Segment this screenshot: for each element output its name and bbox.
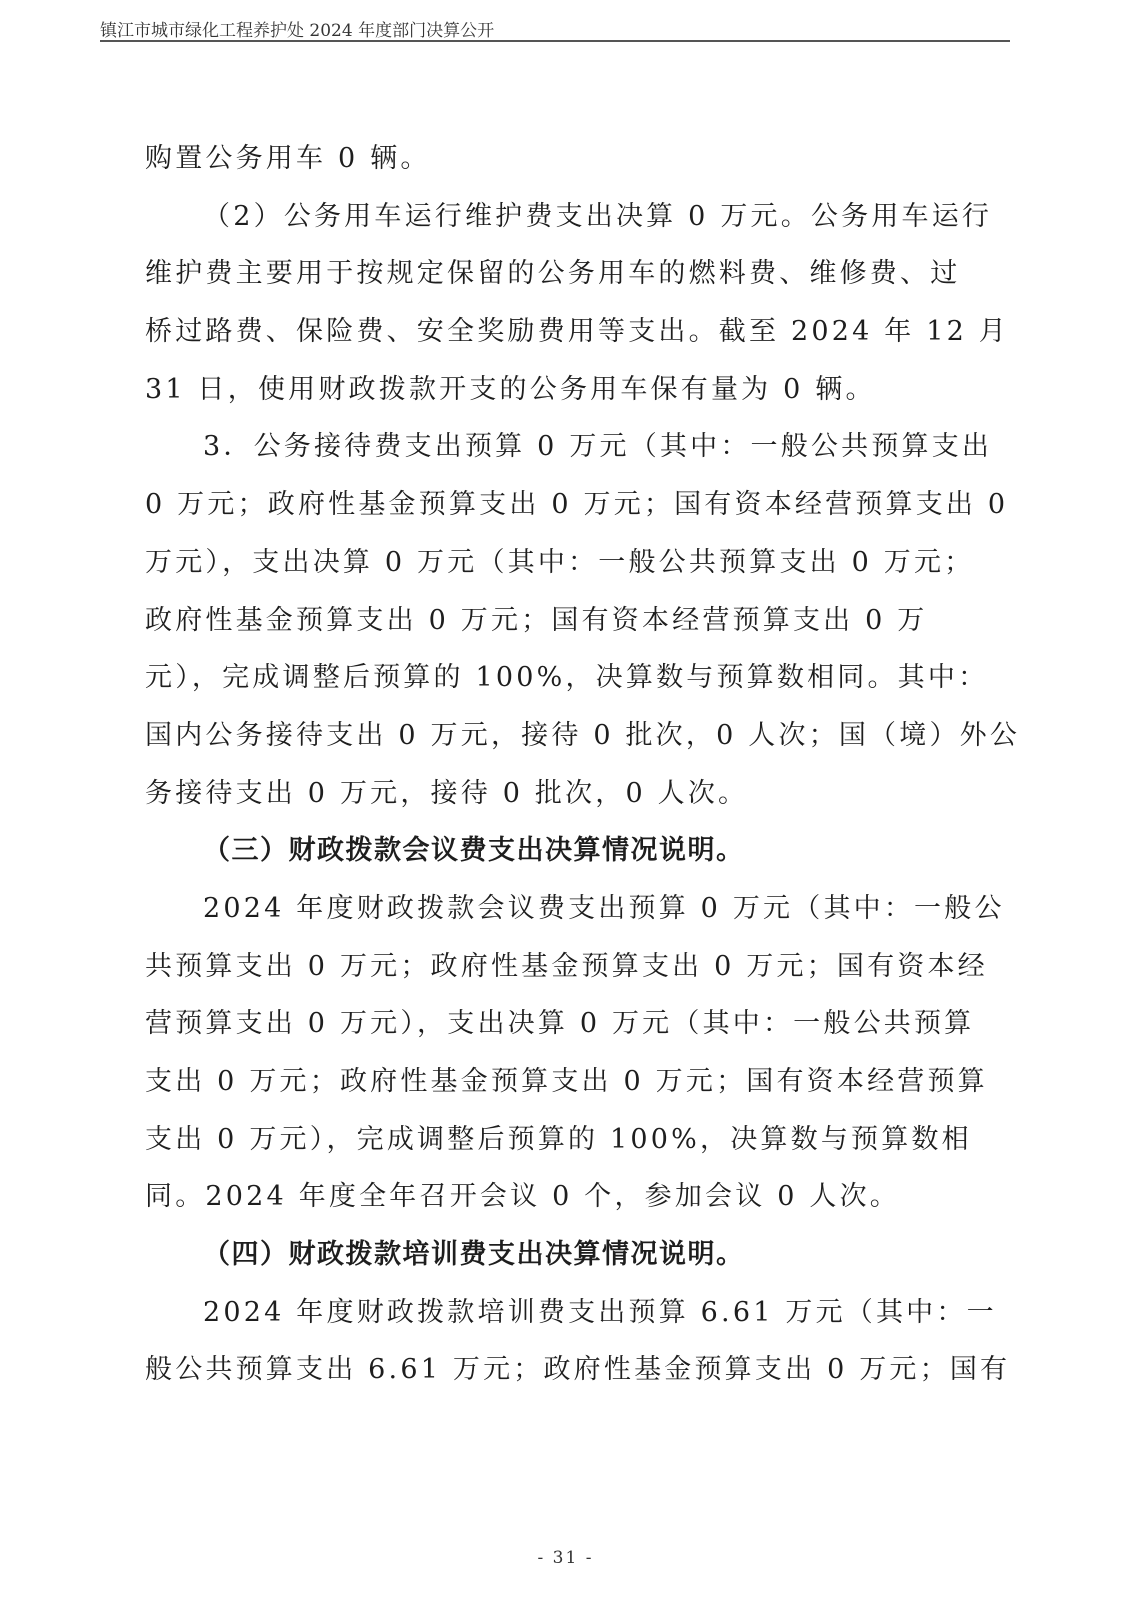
paragraph-line: 务接待支出 0 万元，接待 0 批次，0 人次。 [145, 765, 975, 823]
section-heading-training-fees: （四）财政拨款培训费支出决算情况说明。 [145, 1226, 975, 1284]
paragraph-line: 桥过路费、保险费、安全奖励费用等支出。截至 2024 年 12 月 [145, 303, 975, 361]
paragraph-line: 国内公务接待支出 0 万元，接待 0 批次，0 人次；国（境）外公 [145, 707, 975, 765]
section-heading-meeting-fees: （三）财政拨款会议费支出决算情况说明。 [145, 822, 975, 880]
paragraph-line: 元），完成调整后预算的 100%，决算数与预算数相同。其中： [145, 649, 975, 707]
paragraph-line: 购置公务用车 0 辆。 [145, 130, 975, 188]
paragraph-line: 同。2024 年度全年召开会议 0 个，参加会议 0 人次。 [145, 1168, 975, 1226]
paragraph-line: 万元），支出决算 0 万元（其中：一般公共预算支出 0 万元； [145, 534, 975, 592]
page-header: 镇江市城市绿化工程养护处 2024 年度部门决算公开 [100, 12, 1010, 42]
paragraph-line: 3．公务接待费支出预算 0 万元（其中：一般公共预算支出 [145, 418, 975, 476]
paragraph-line: 支出 0 万元），完成调整后预算的 100%，决算数与预算数相 [145, 1111, 975, 1169]
paragraph-line: 共预算支出 0 万元；政府性基金预算支出 0 万元；国有资本经 [145, 938, 975, 996]
paragraph-line: 支出 0 万元；政府性基金预算支出 0 万元；国有资本经营预算 [145, 1053, 975, 1111]
document-title: 镇江市城市绿化工程养护处 2024 年度部门决算公开 [100, 16, 494, 41]
paragraph-line: 2024 年度财政拨款会议费支出预算 0 万元（其中：一般公 [145, 880, 975, 938]
paragraph-line: 营预算支出 0 万元），支出决算 0 万元（其中：一般公共预算 [145, 995, 975, 1053]
page-number: - 31 - [0, 1548, 1131, 1568]
document-body: 购置公务用车 0 辆。 （2）公务用车运行维护费支出决算 0 万元。公务用车运行… [145, 130, 975, 1399]
paragraph-line: 2024 年度财政拨款培训费支出预算 6.61 万元（其中：一 [145, 1284, 975, 1342]
paragraph-line: 政府性基金预算支出 0 万元；国有资本经营预算支出 0 万 [145, 592, 975, 650]
paragraph-line: （2）公务用车运行维护费支出决算 0 万元。公务用车运行 [145, 188, 975, 246]
paragraph-line: 31 日，使用财政拨款开支的公务用车保有量为 0 辆。 [145, 361, 975, 419]
paragraph-line: 般公共预算支出 6.61 万元；政府性基金预算支出 0 万元；国有 [145, 1341, 975, 1399]
paragraph-line: 0 万元；政府性基金预算支出 0 万元；国有资本经营预算支出 0 [145, 476, 975, 534]
paragraph-line: 维护费主要用于按规定保留的公务用车的燃料费、维修费、过 [145, 245, 975, 303]
